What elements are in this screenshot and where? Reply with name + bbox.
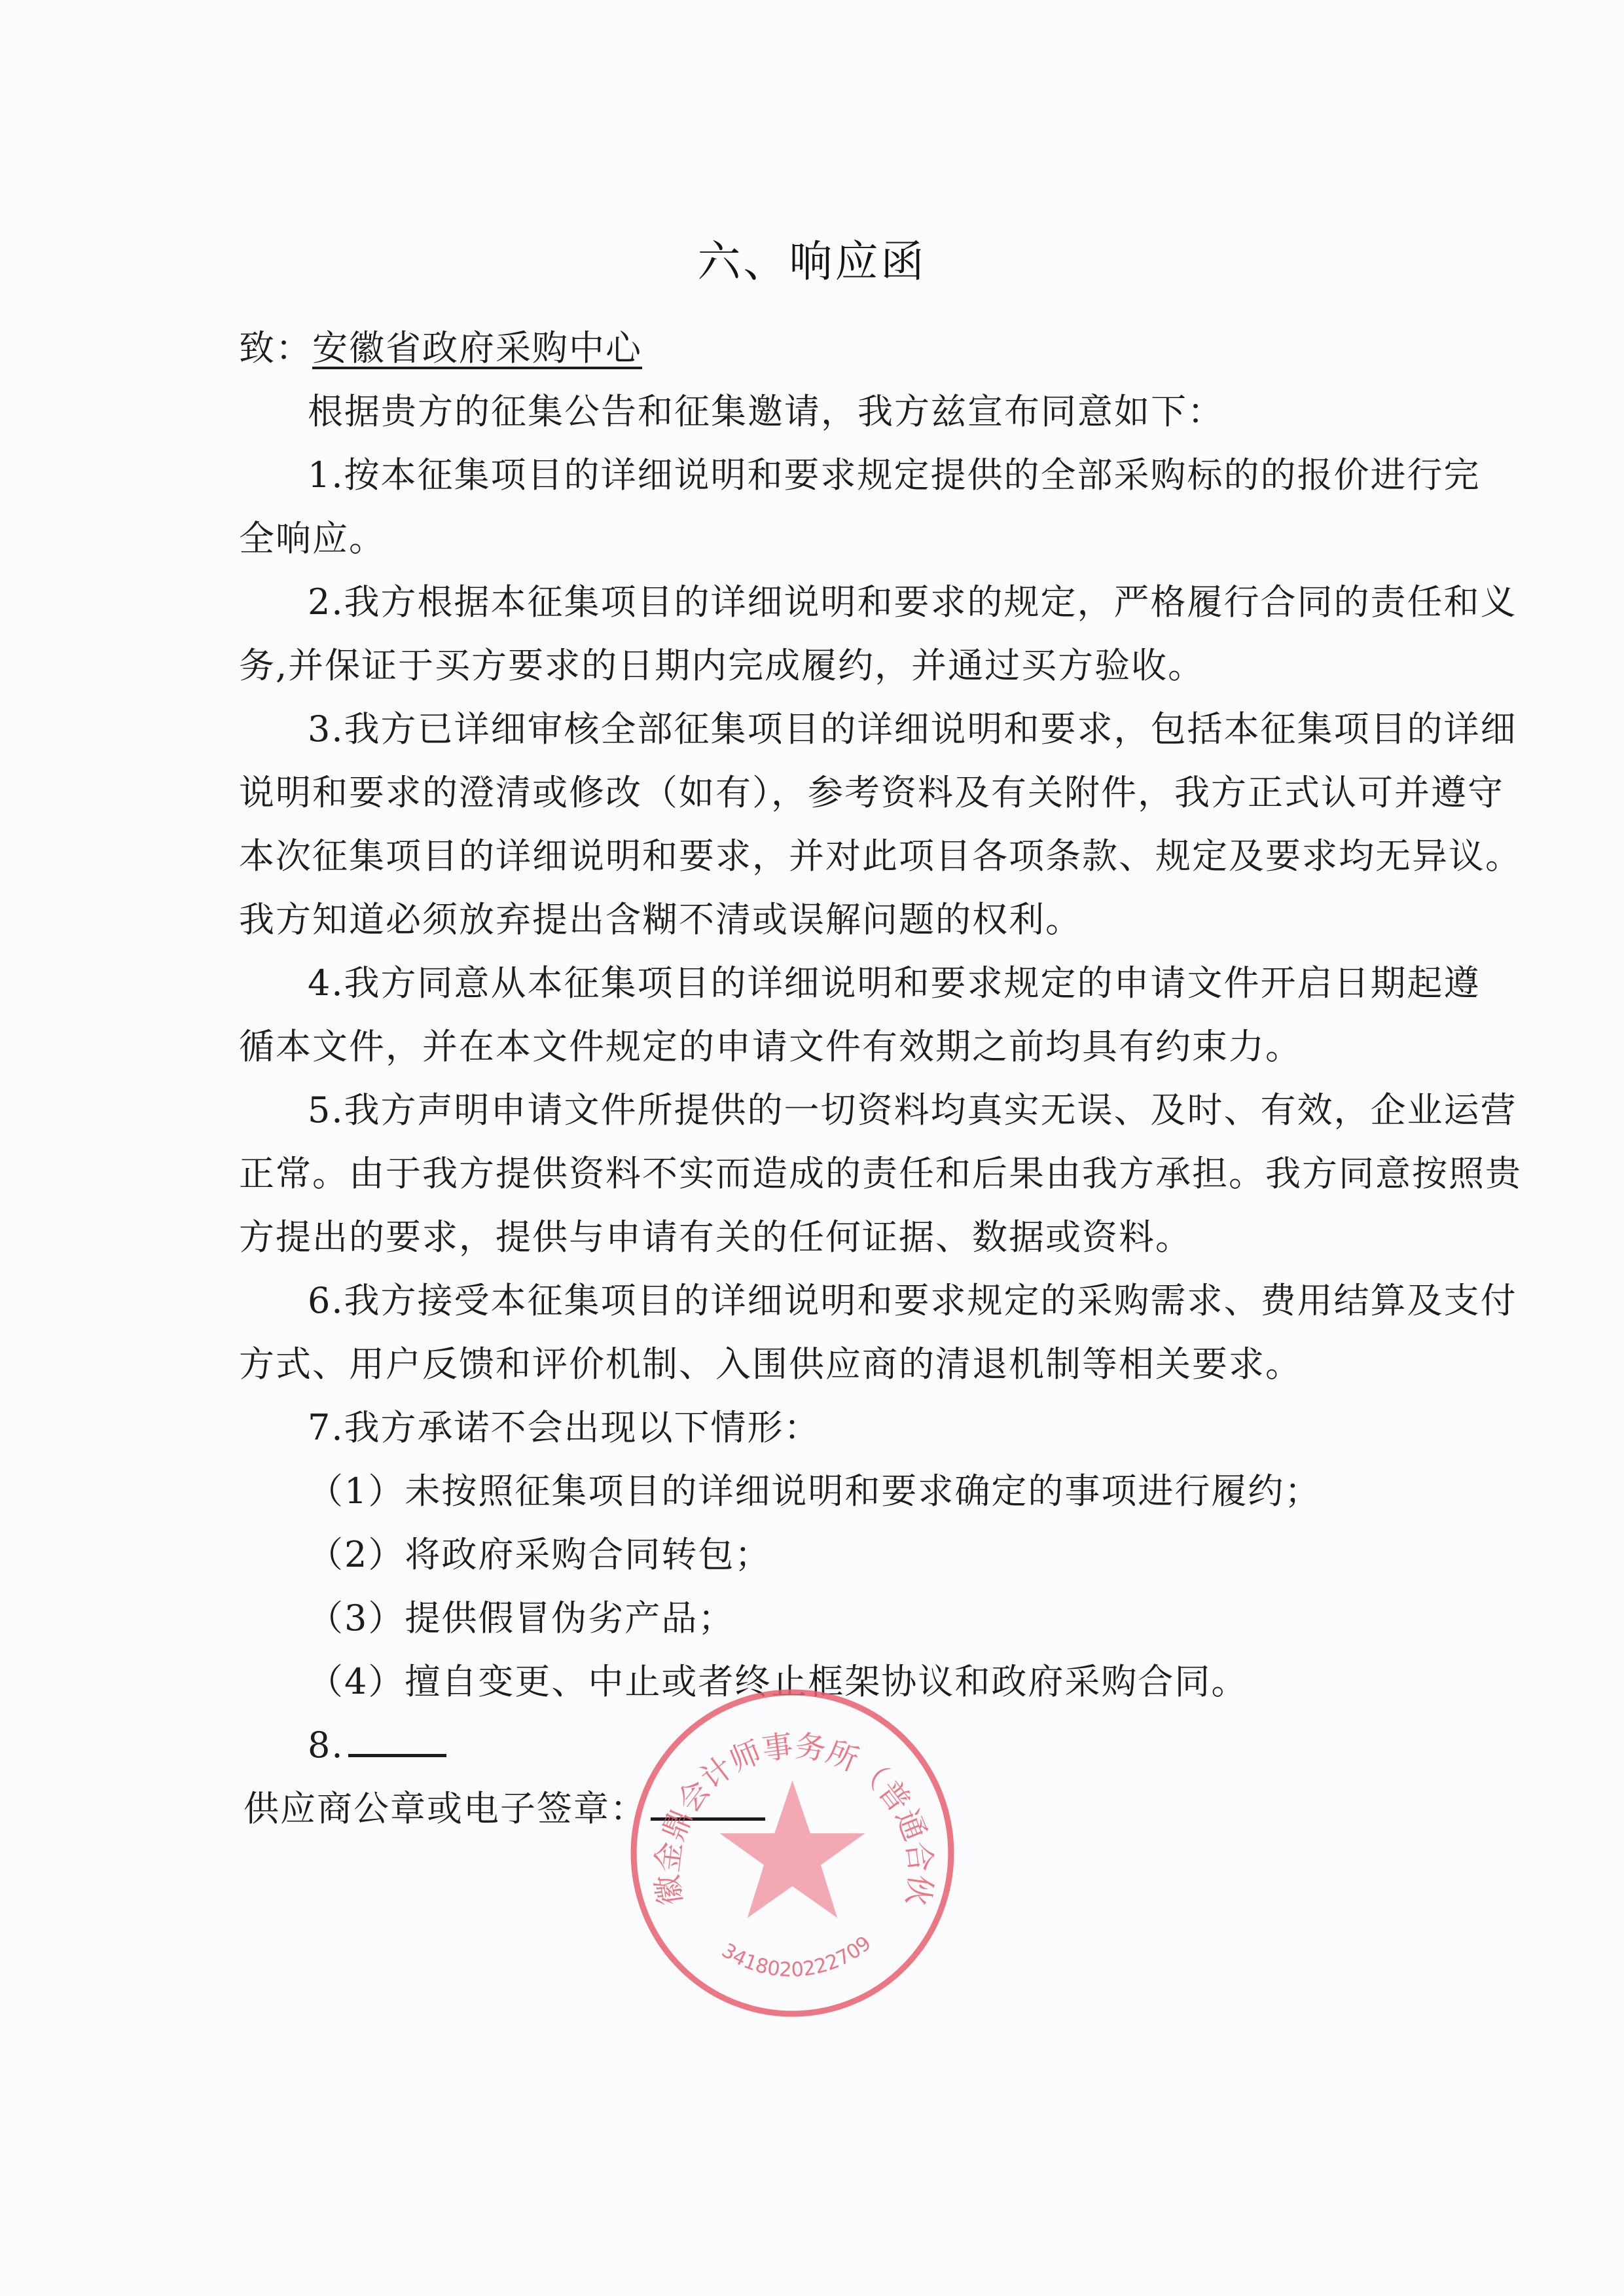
document-page: 六、响应函 致：安徽省政府采购中心 根据贵方的征集公告和征集邀请，我方兹宣布同意…: [0, 0, 1624, 2296]
sub-item-line: （4）擅自变更、中止或者终止框架协议和政府采购合同。: [308, 1656, 1447, 1708]
paragraph-line: 方式、用户反馈和评价机制、入围供应商的清退机制等相关要求。: [239, 1338, 1378, 1391]
paragraph-line: 全响应。: [239, 513, 1378, 565]
sub-item-line: （2）将政府采购合同转包；: [308, 1529, 1447, 1581]
signature-blank: [651, 1811, 765, 1821]
sub-item-line: （1）未按照征集项目的详细说明和要求确定的事项进行履约；: [308, 1465, 1447, 1518]
intro-paragraph: 根据贵方的征集公告和征集邀请，我方兹宣布同意如下：: [308, 386, 1447, 438]
paragraph-line: 方提出的要求，提供与申请有关的任何证据、数据或资料。: [239, 1211, 1378, 1264]
item-8-label: 8.: [308, 1724, 344, 1766]
paragraph-line: 5.我方声明申请文件所提供的一切资料均真实无误、及时、有效，企业运营: [308, 1084, 1447, 1137]
item-8-line: 8.: [308, 1719, 1447, 1772]
paragraph-line: 3.我方已详细审核全部征集项目的详细说明和要求，包括本征集项目的详细: [308, 703, 1447, 756]
addressee: 安徽省政府采购中心: [312, 327, 642, 369]
addressee-line: 致：安徽省政府采购中心: [239, 322, 1378, 374]
addressee-label: 致：: [239, 327, 312, 369]
paragraph-line: 4.我方同意从本征集项目的详细说明和要求规定的申请文件开启日期起遵: [308, 957, 1447, 1010]
paragraph-line: 本次征集项目的详细说明和要求，并对此项目各项条款、规定及要求均无异议。: [239, 830, 1378, 883]
paragraph-line: 循本文件，并在本文件规定的申请文件有效期之前均具有约束力。: [239, 1021, 1378, 1073]
paragraph-line: 我方知道必须放弃提出含糊不清或误解问题的权利。: [239, 894, 1378, 946]
paragraph-line: 7.我方承诺不会出现以下情形：: [308, 1402, 1447, 1454]
paragraph-line: 6.我方接受本征集项目的详细说明和要求规定的采购需求、费用结算及支付: [308, 1275, 1447, 1327]
paragraph-line: 1.按本征集项目的详细说明和要求规定提供的全部采购标的的报价进行完: [308, 449, 1447, 501]
paragraph-line: 说明和要求的澄清或修改（如有），参考资料及有关附件，我方正式认可并遵守: [239, 767, 1378, 819]
paragraph-line: 2.我方根据本征集项目的详细说明和要求的规定，严格履行合同的责任和义: [308, 576, 1447, 629]
signature-label: 供应商公章或电子签章：: [244, 1788, 647, 1829]
signature-line: 供应商公章或电子签章：: [244, 1783, 1382, 1835]
sub-item-line: （3）提供假冒伪劣产品；: [308, 1592, 1447, 1645]
paragraph-line: 正常。由于我方提供资料不实而造成的责任和后果由我方承担。我方同意按照贵: [239, 1148, 1378, 1200]
paragraph-line: 务,并保证于买方要求的日期内完成履约，并通过买方验收。: [239, 640, 1378, 692]
page-title: 六、响应函: [0, 232, 1624, 291]
seal-code: 3418020222709: [717, 1932, 876, 1982]
item-8-blank: [348, 1747, 446, 1757]
